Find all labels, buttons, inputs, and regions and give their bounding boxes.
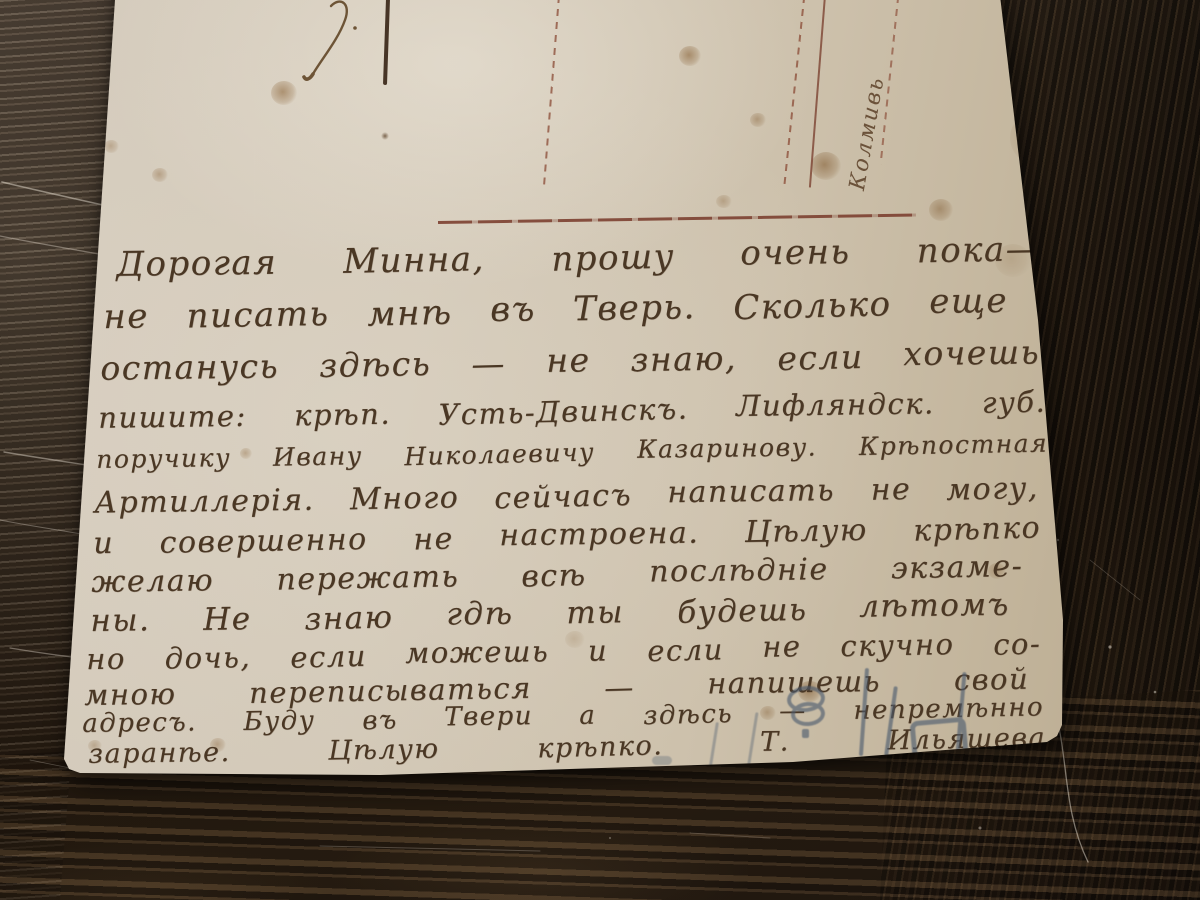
postmark-bar xyxy=(746,712,758,770)
postmark-bar xyxy=(859,668,869,756)
postmark-stamp xyxy=(0,0,1200,900)
postcard-content: Колмивь ДорогаяМинна,прошуоченьпока— неп… xyxy=(0,0,1200,900)
postcard: Колмивь ДорогаяМинна,прошуоченьпока— неп… xyxy=(0,0,1200,900)
postmark-smear xyxy=(652,756,672,765)
photo-scene: Колмивь ДорогаяМинна,прошуоченьпока— неп… xyxy=(0,0,1200,900)
postmark-bar xyxy=(708,722,719,772)
postmark-loop xyxy=(790,701,826,727)
postcard-wrap: Колмивь ДорогаяМинна,прошуоченьпока— неп… xyxy=(0,0,1200,900)
postmark-dot xyxy=(802,729,809,738)
paper-stain xyxy=(1010,110,1070,166)
postmark-bar xyxy=(884,686,897,756)
paper-stain xyxy=(102,24,114,35)
